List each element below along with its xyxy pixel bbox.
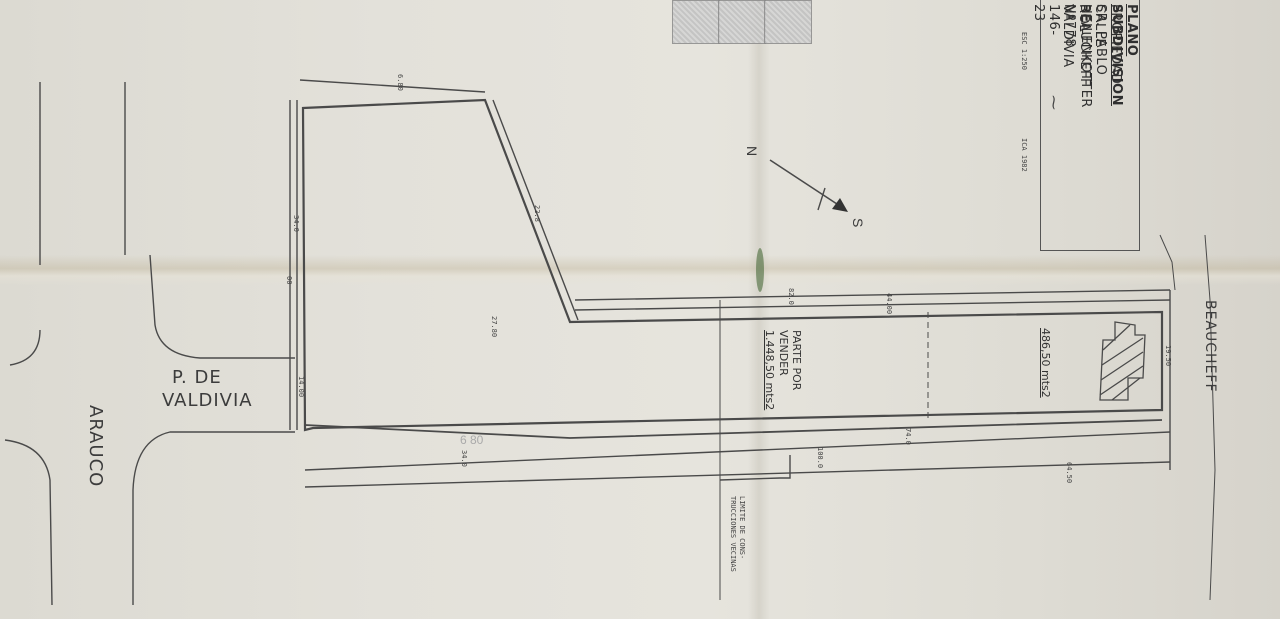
compass-south: S [850,218,866,227]
dim-strip-c: 44.00 [885,293,893,314]
remaining-area: 486,50 mts2 [1039,328,1052,398]
sale-part-label-1: PARTE POR [790,330,803,390]
street-label-valdivia: VALDIVIA [162,390,253,411]
limit-note-1: LIMITE DE CONS- [738,496,746,559]
dim-bottom-left: 34.0 [460,450,468,467]
compass-north: N [744,146,760,156]
dim-lower-b: 100.0 [816,447,824,468]
dim-diagonal: 22.8 [533,205,541,222]
sale-part-area: 1.448,50 mts2 [763,330,776,410]
dim-strip-b: 82.0 [787,288,795,305]
dim-left-upper: 34.0 [292,215,300,232]
street-label-p-de: P. DE [172,367,222,388]
scanned-plan-sheet: PLANO SUBDIVISION PROPIEDAD SR. PABLO HE… [0,0,1280,619]
dim-strip-a: 27.80 [490,316,498,337]
dim-left-lower: 14.00 [297,376,305,397]
dim-right-lot: 19.50 [1164,345,1172,366]
date-note: ICA 1982 [1020,138,1028,172]
dim-lower-c: 64.50 [1065,462,1073,483]
scale-note: ESC 1:250 [1020,32,1028,70]
street-label-beaucheff: BEAUCHEFF [1202,300,1218,393]
street-label-arauco: ARAUCO [85,405,106,487]
dim-bottom-note: 6 80 [460,433,483,447]
title-block: PLANO SUBDIVISION PROPIEDAD SR. PABLO HE… [1040,0,1140,251]
sale-part-label-2: VENDER [777,330,790,376]
dim-left-mid: 00 [285,276,293,284]
dim-top-edge: 6.80 [396,74,404,91]
limit-note-2: TRUCCIONES VECINAS [729,496,737,572]
dim-lower-a: 74.0 [904,428,912,445]
signature: ⁓ [1045,95,1063,110]
city-line: VALDIVIA [1060,4,1075,68]
